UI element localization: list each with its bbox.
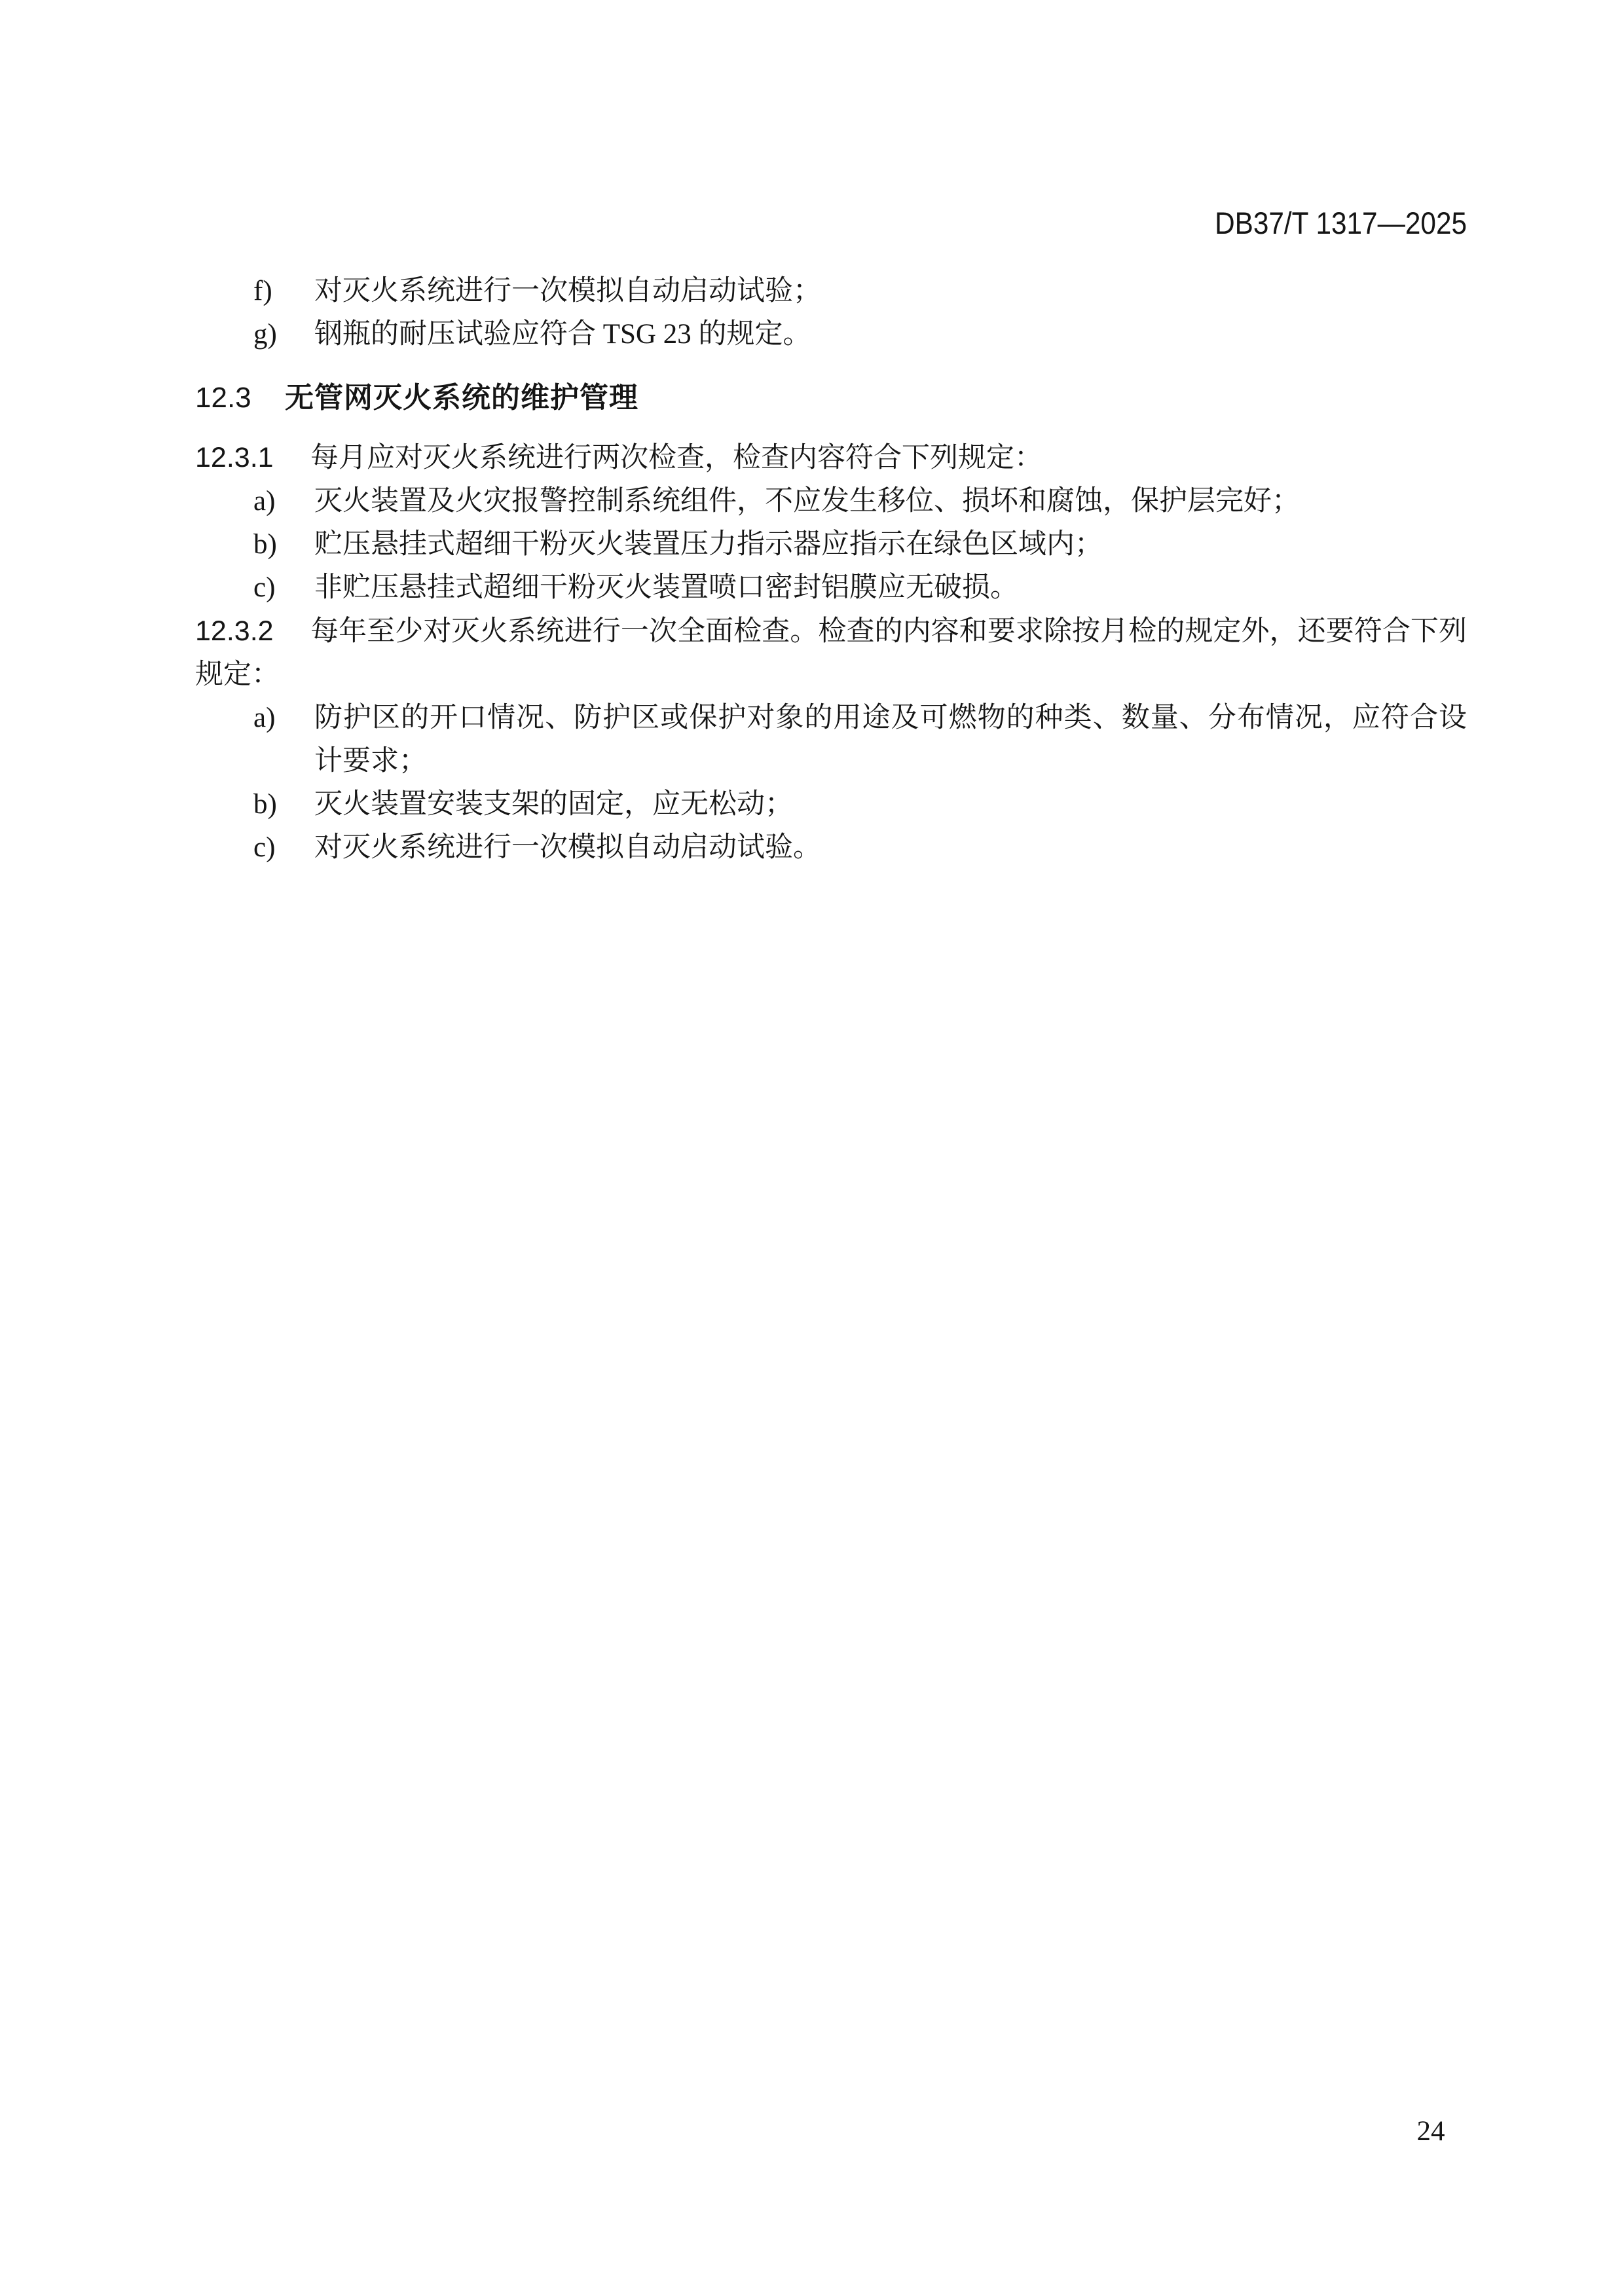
clause-number: 12.3.1 [195, 436, 310, 479]
document-page: DB37/T 1317—2025 f) 对灭火系统进行一次模拟自动启动试验； g… [0, 0, 1624, 2296]
list-item-text: 防护区的开口情况、防护区或保护对象的用途及可燃物的种类、数量、分布情况，应符合设… [314, 697, 1467, 783]
clause-text: 每年至少对灭火系统进行一次全面检查。检查的内容和要求除按月检的规定外，还要符合下… [195, 616, 1467, 690]
standard-code-header: DB37/T 1317—2025 [322, 206, 1467, 240]
list-item-label: b) [253, 783, 314, 826]
list-item-label: a) [253, 697, 314, 783]
list-item-label: c) [253, 566, 314, 610]
clause-12-3-2-item-list: a) 防护区的开口情况、防护区或保护对象的用途及可燃物的种类、数量、分布情况，应… [195, 697, 1467, 869]
clause-text: 每月应对灭火系统进行两次检查，检查内容符合下列规定： [310, 443, 1043, 473]
list-item-label: f) [253, 270, 314, 313]
list-item-text: 对灭火系统进行一次模拟自动启动试验。 [314, 826, 1467, 869]
clause-number: 12.3.2 [195, 610, 310, 653]
section-heading: 12.3无管网灭火系统的维护管理 [195, 378, 1467, 418]
list-item-label: a) [253, 480, 314, 523]
clause-12-3-1: 12.3.1每月应对灭火系统进行两次检查，检查内容符合下列规定： [195, 436, 1467, 480]
list-item-text: 非贮压悬挂式超细干粉灭火装置喷口密封铝膜应无破损。 [314, 566, 1467, 610]
list-item: g) 钢瓶的耐压试验应符合 TSG 23 的规定。 [195, 313, 1467, 356]
section-title: 无管网灭火系统的维护管理 [285, 382, 638, 414]
list-item-text: 灭火装置及火灾报警控制系统组件，不应发生移位、损坏和腐蚀，保护层完好； [314, 480, 1467, 523]
list-item: a) 灭火装置及火灾报警控制系统组件，不应发生移位、损坏和腐蚀，保护层完好； [195, 480, 1467, 523]
list-item-label: c) [253, 826, 314, 869]
list-item-label: g) [253, 313, 314, 356]
page-content: DB37/T 1317—2025 f) 对灭火系统进行一次模拟自动启动试验； g… [195, 206, 1467, 869]
list-item: c) 非贮压悬挂式超细干粉灭火装置喷口密封铝膜应无破损。 [195, 566, 1467, 610]
clause-12-3-1-item-list: a) 灭火装置及火灾报警控制系统组件，不应发生移位、损坏和腐蚀，保护层完好； b… [195, 480, 1467, 610]
list-item-label: b) [253, 523, 314, 566]
list-item: b) 灭火装置安装支架的固定，应无松动； [195, 783, 1467, 826]
list-item-text: 对灭火系统进行一次模拟自动启动试验； [314, 270, 1467, 313]
list-item: c) 对灭火系统进行一次模拟自动启动试验。 [195, 826, 1467, 869]
list-item: f) 对灭火系统进行一次模拟自动启动试验； [195, 270, 1467, 313]
section-number: 12.3 [195, 378, 285, 418]
list-item: b) 贮压悬挂式超细干粉灭火装置压力指示器应指示在绿色区域内； [195, 523, 1467, 566]
list-item-text: 灭火装置安装支架的固定，应无松动； [314, 783, 1467, 826]
page-number: 24 [1395, 2113, 1467, 2150]
list-item: a) 防护区的开口情况、防护区或保护对象的用途及可燃物的种类、数量、分布情况，应… [195, 697, 1467, 783]
clause-12-3-2: 12.3.2每年至少对灭火系统进行一次全面检查。检查的内容和要求除按月检的规定外… [195, 610, 1467, 697]
intro-item-list: f) 对灭火系统进行一次模拟自动启动试验； g) 钢瓶的耐压试验应符合 TSG … [195, 270, 1467, 356]
list-item-text: 贮压悬挂式超细干粉灭火装置压力指示器应指示在绿色区域内； [314, 523, 1467, 566]
list-item-text: 钢瓶的耐压试验应符合 TSG 23 的规定。 [314, 313, 1467, 356]
